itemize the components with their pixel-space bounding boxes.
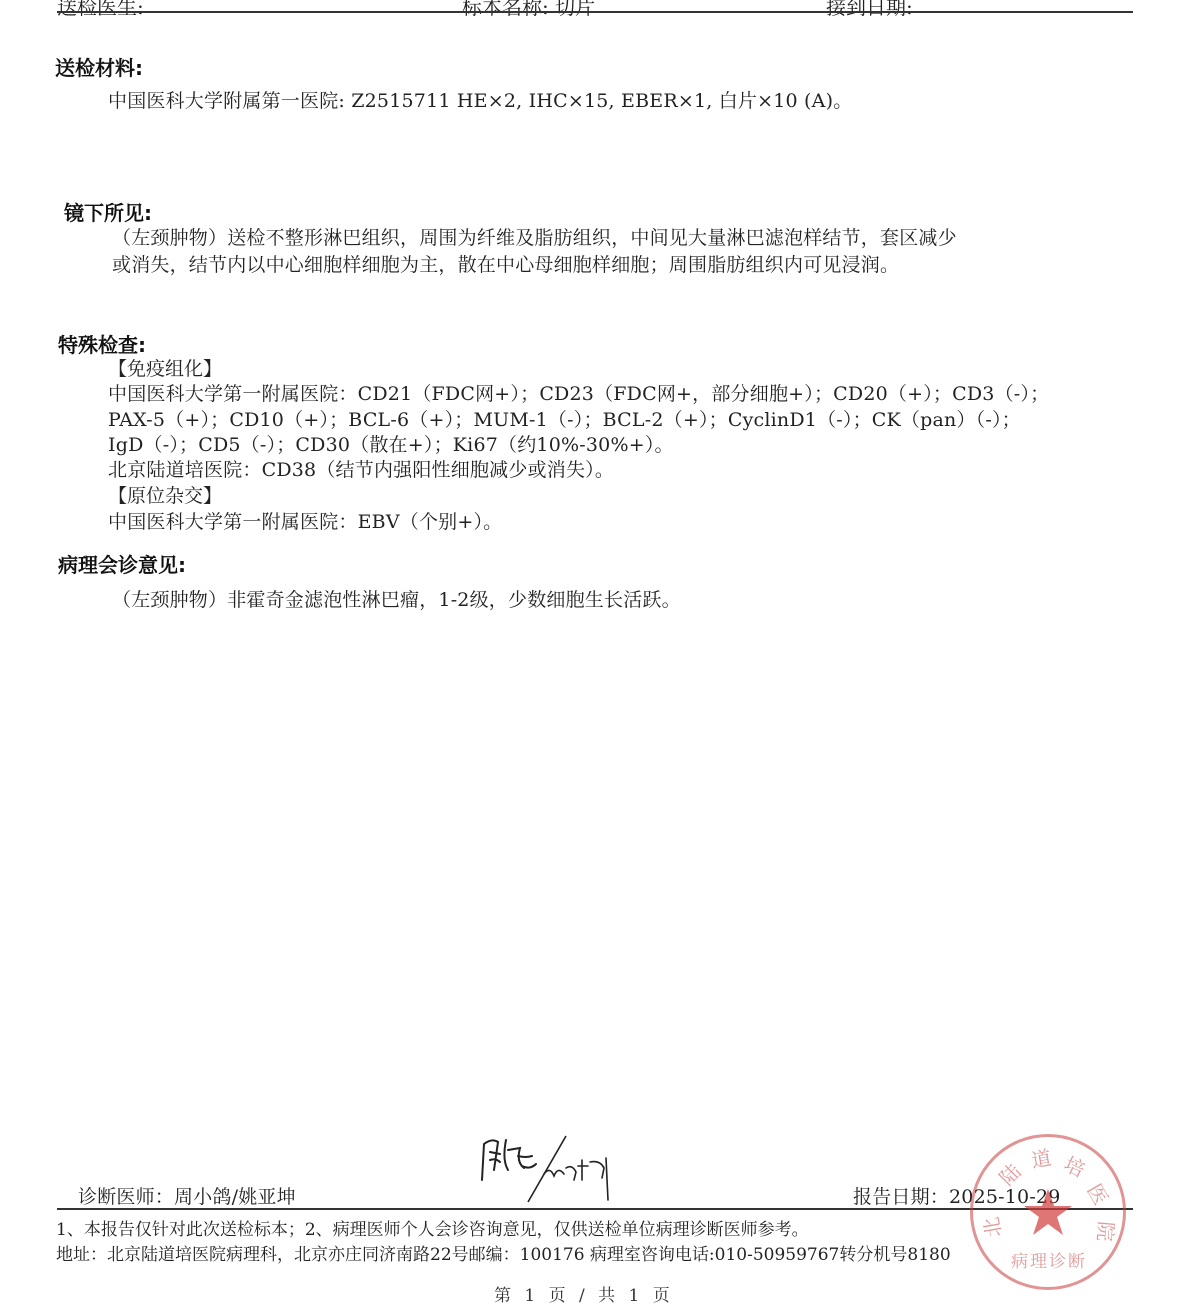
ihc-line-3: IgD（-）；CD5（-）；CD30（散在+）；Ki67（约10%-30%+）。: [108, 430, 674, 457]
stamp-char: 陆: [992, 1156, 1027, 1191]
section-title-microscopic: 镜下所见:: [64, 197, 152, 226]
page-indicator: 第 1 页 / 共 1 页: [494, 1281, 674, 1304]
hospital-seal-stamp: 北 陆 道 培 医 院 病理诊断: [970, 1134, 1126, 1290]
submitting-doctor-label: 送检医生:: [57, 0, 144, 20]
disclaimer-note: 1、本报告仅针对此次送检标本；2、病理医师个人会诊咨询意见，仅供送检单位病理诊断…: [56, 1215, 809, 1240]
header-divider: [57, 11, 1133, 13]
ihc-line-1: 中国医科大学第一附属医院：CD21（FDC网+）；CD23（FDC网+，部分细胞…: [108, 379, 1049, 406]
stamp-char: 培: [1060, 1148, 1090, 1183]
report-header-fields: 送检医生: 标本名称: 切片 接到日期:: [0, 0, 1199, 9]
handwritten-signature: [478, 1130, 618, 1204]
ihc-line-2: PAX-5（+）；CD10（+）；BCL-6（+）；MUM-1（-）；BCL-2…: [108, 405, 1021, 432]
star-icon: [1023, 1187, 1073, 1237]
consult-opinion-text: （左颈肿物）非霍奇金滤泡性淋巴瘤，1-2级，少数细胞生长活跃。: [112, 585, 681, 612]
diagnosing-doctors: 诊断医师：周小鸽/姚亚坤: [78, 1182, 296, 1209]
stamp-bottom-text: 病理诊断: [1011, 1247, 1087, 1272]
received-date-label: 接到日期:: [826, 0, 913, 20]
submitted-material-text: 中国医科大学附属第一医院: Z2515711 HE×2, IHC×15, EBE…: [108, 86, 852, 113]
section-title-submitted-material: 送检材料:: [55, 52, 143, 81]
ish-line-1: 中国医科大学第一附属医院：EBV（个别+）。: [108, 507, 502, 534]
ish-heading: 【原位杂交】: [108, 481, 222, 508]
stamp-char: 医: [1081, 1178, 1116, 1210]
stamp-char: 北: [975, 1215, 1007, 1240]
microscopic-line-2: 或消失，结节内以中心细胞样细胞为主，散在中心母细胞样细胞；周围脂肪组织内可见浸润…: [112, 250, 899, 277]
section-title-consult-opinion: 病理会诊意见:: [58, 549, 186, 578]
specimen-name-label: 标本名称: 切片: [462, 0, 595, 20]
ihc-heading: 【免疫组化】: [108, 354, 222, 381]
stamp-char: 道: [1029, 1141, 1054, 1173]
ihc-line-4: 北京陆道培医院：CD38（结节内强阳性细胞减少或消失）。: [108, 455, 614, 482]
address-contact: 地址：北京陆道培医院病理科，北京亦庄同济南路22号邮编：100176 病理室咨询…: [56, 1240, 951, 1265]
stamp-char: 院: [1092, 1220, 1123, 1242]
microscopic-line-1: （左颈肿物）送检不整形淋巴组织，周围为纤维及脂肪组织，中间见大量淋巴滤泡样结节，…: [112, 223, 957, 250]
